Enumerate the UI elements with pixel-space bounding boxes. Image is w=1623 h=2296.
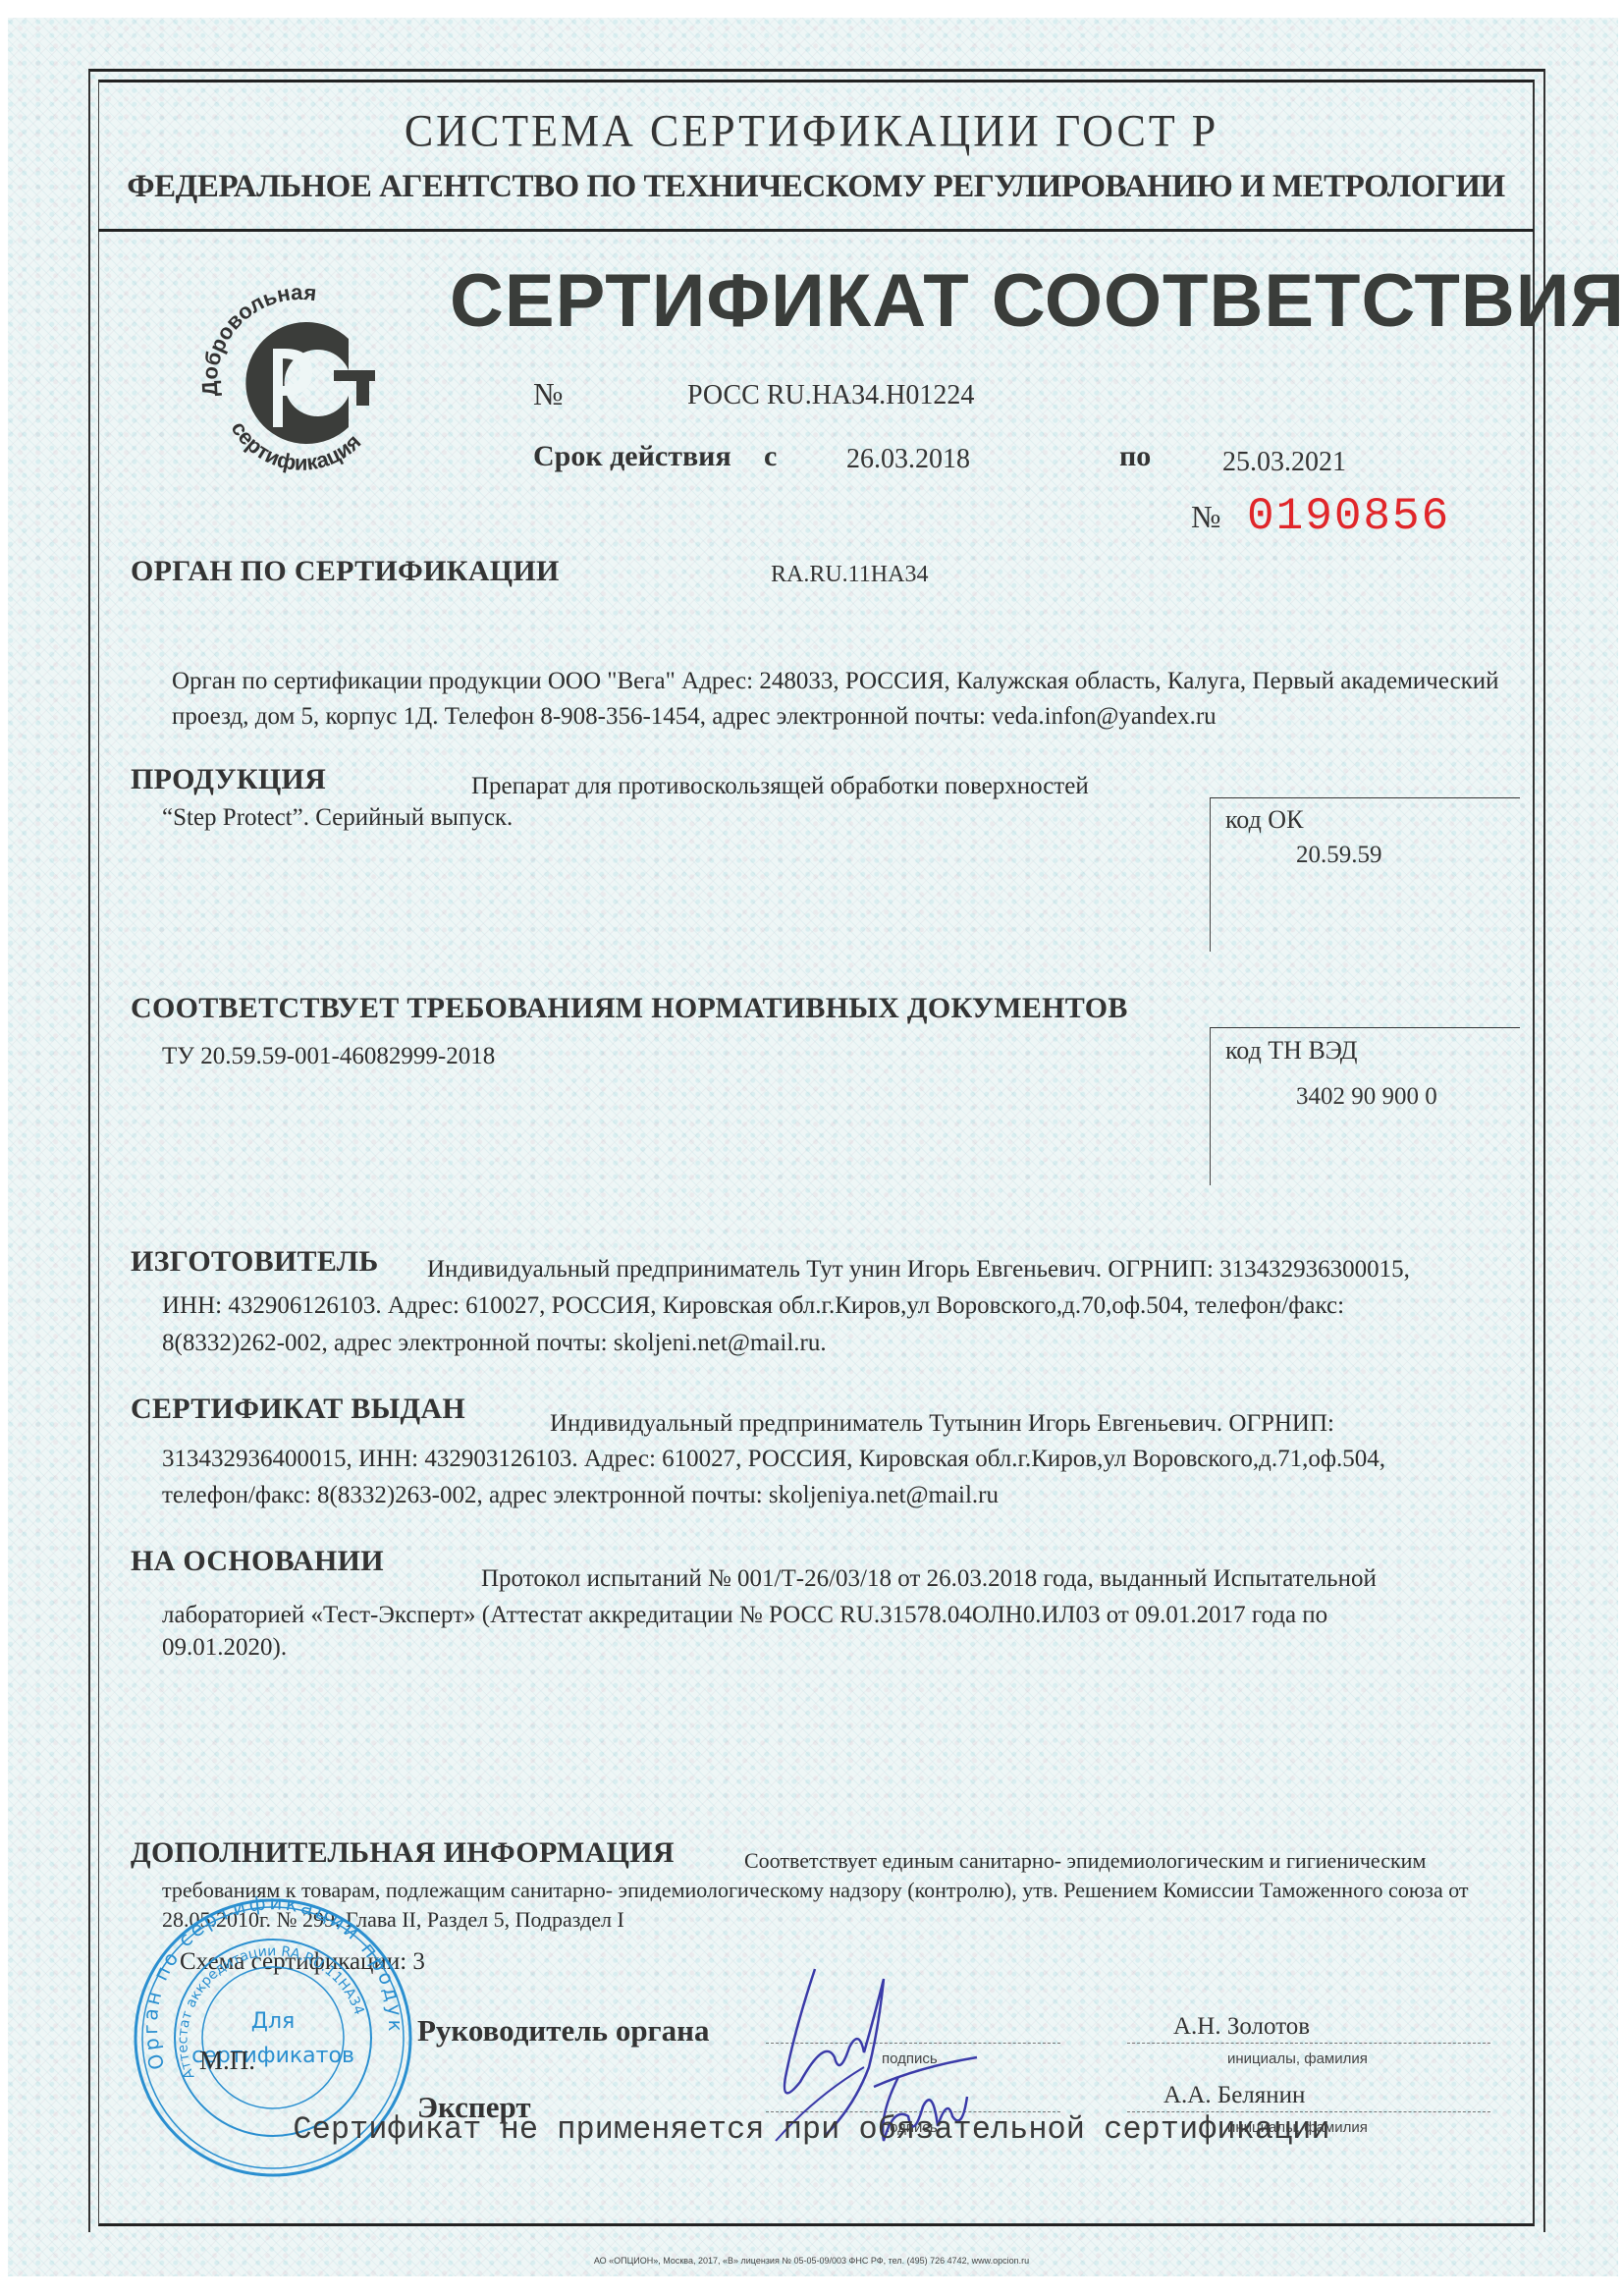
tnved-code-value: 3402 90 900 0 bbox=[1296, 1083, 1437, 1111]
basis-line-3: 09.01.2020). bbox=[162, 1630, 287, 1666]
product-line-2: “Step Protect”. Серийный выпуск. bbox=[162, 800, 513, 836]
basis-line-2: лабораторией «Тест-Эксперт» (Аттестат ак… bbox=[162, 1598, 1327, 1633]
manufacturer-line-2: ИНН: 432906126103. Адрес: 610027, РОССИЯ… bbox=[162, 1288, 1344, 1324]
manufacturer-title: ИЗГОТОВИТЕЛЬ bbox=[131, 1245, 379, 1279]
additional-line-1: Соответствует единым санитарно- эпидемио… bbox=[744, 1844, 1426, 1877]
compliance-document: ТУ 20.59.59-001-46082999-2018 bbox=[162, 1039, 495, 1074]
validity-to-date: 25.03.2021 bbox=[1222, 447, 1346, 478]
issued-to-line-2: 313432936400015, ИНН: 432903126103. Адре… bbox=[162, 1442, 1385, 1477]
system-title: СИСТЕМА СЕРТИФИКАЦИИ ГОСТ Р bbox=[0, 105, 1623, 158]
voluntary-note: Сертификат не применяется при обязательн… bbox=[0, 2111, 1623, 2148]
mp-label: М.П. bbox=[199, 2043, 255, 2078]
issued-to-title: СЕРТИФИКАТ ВЫДАН bbox=[131, 1393, 465, 1426]
form-serial-number: 0190856 bbox=[1247, 491, 1450, 542]
header-divider bbox=[98, 229, 1534, 232]
validity-to-label: по bbox=[1119, 440, 1151, 473]
certificate-title: СЕРТИФИКАТ СООТВЕТСТВИЯ bbox=[450, 258, 1623, 344]
manufacturer-line-1: Индивидуальный предприниматель Тут унин … bbox=[427, 1252, 1410, 1287]
validity-from-date: 26.03.2018 bbox=[846, 444, 970, 475]
expert-signature-icon bbox=[859, 2048, 1006, 2165]
compliance-title: СООТВЕТСТВУЕТ ТРЕБОВАНИЯМ НОРМАТИВНЫХ ДО… bbox=[131, 992, 1128, 1025]
certificate-number: РОСС RU.НА34.Н01224 bbox=[687, 380, 974, 411]
tnved-code-label: код ТН ВЭД bbox=[1225, 1036, 1358, 1066]
issued-to-line-1: Индивидуальный предприниматель Тутынин И… bbox=[550, 1406, 1334, 1442]
agency-name: ФЕДЕРАЛЬНОЕ АГЕНТСТВО ПО ТЕХНИЧЕСКОМУ РЕ… bbox=[98, 169, 1534, 205]
additional-title: ДОПОЛНИТЕЛЬНАЯ ИНФОРМАЦИЯ bbox=[131, 1836, 675, 1870]
product-line-1: Препарат для противоскользящей обработки… bbox=[471, 769, 1089, 804]
rst-logo-icon: Добровольная сертификация bbox=[196, 280, 403, 486]
cert-body-details: Орган по сертификации продукции ООО "Вег… bbox=[172, 664, 1517, 735]
head-name-caption: инициалы, фамилия bbox=[1227, 2050, 1368, 2067]
validity-from-label: с bbox=[764, 440, 777, 473]
head-name-line bbox=[1127, 2043, 1490, 2044]
expert-name: А.А. Белянин bbox=[1163, 2082, 1305, 2109]
head-name: А.Н. Золотов bbox=[1173, 2013, 1310, 2041]
cert-body-title: ОРГАН ПО СЕРТИФИКАЦИИ bbox=[131, 555, 560, 588]
printer-imprint: АО «ОПЦИОН», Москва, 2017, «В» лицензия … bbox=[0, 2256, 1623, 2266]
cert-body-code: RA.RU.11НА34 bbox=[771, 562, 928, 588]
ok-code-label: код ОК bbox=[1225, 805, 1303, 835]
basis-line-1: Протокол испытаний № 001/Т-26/03/18 от 2… bbox=[481, 1561, 1377, 1597]
issued-to-line-3: телефон/факс: 8(8332)263-002, адрес элек… bbox=[162, 1478, 999, 1513]
number-sign: № bbox=[533, 376, 564, 412]
product-title: ПРОДУКЦИЯ bbox=[131, 763, 326, 796]
basis-title: НА ОСНОВАНИИ bbox=[131, 1545, 384, 1578]
stamp-center-top: Для bbox=[251, 2009, 295, 2034]
head-role-label: Руководитель органа bbox=[417, 2013, 710, 2049]
manufacturer-line-3: 8(8332)262-002, адрес электронной почты:… bbox=[162, 1326, 827, 1361]
ok-code-value: 20.59.59 bbox=[1296, 842, 1382, 869]
form-number-sign: № bbox=[1191, 499, 1221, 535]
validity-label: Срок действия bbox=[533, 440, 731, 473]
